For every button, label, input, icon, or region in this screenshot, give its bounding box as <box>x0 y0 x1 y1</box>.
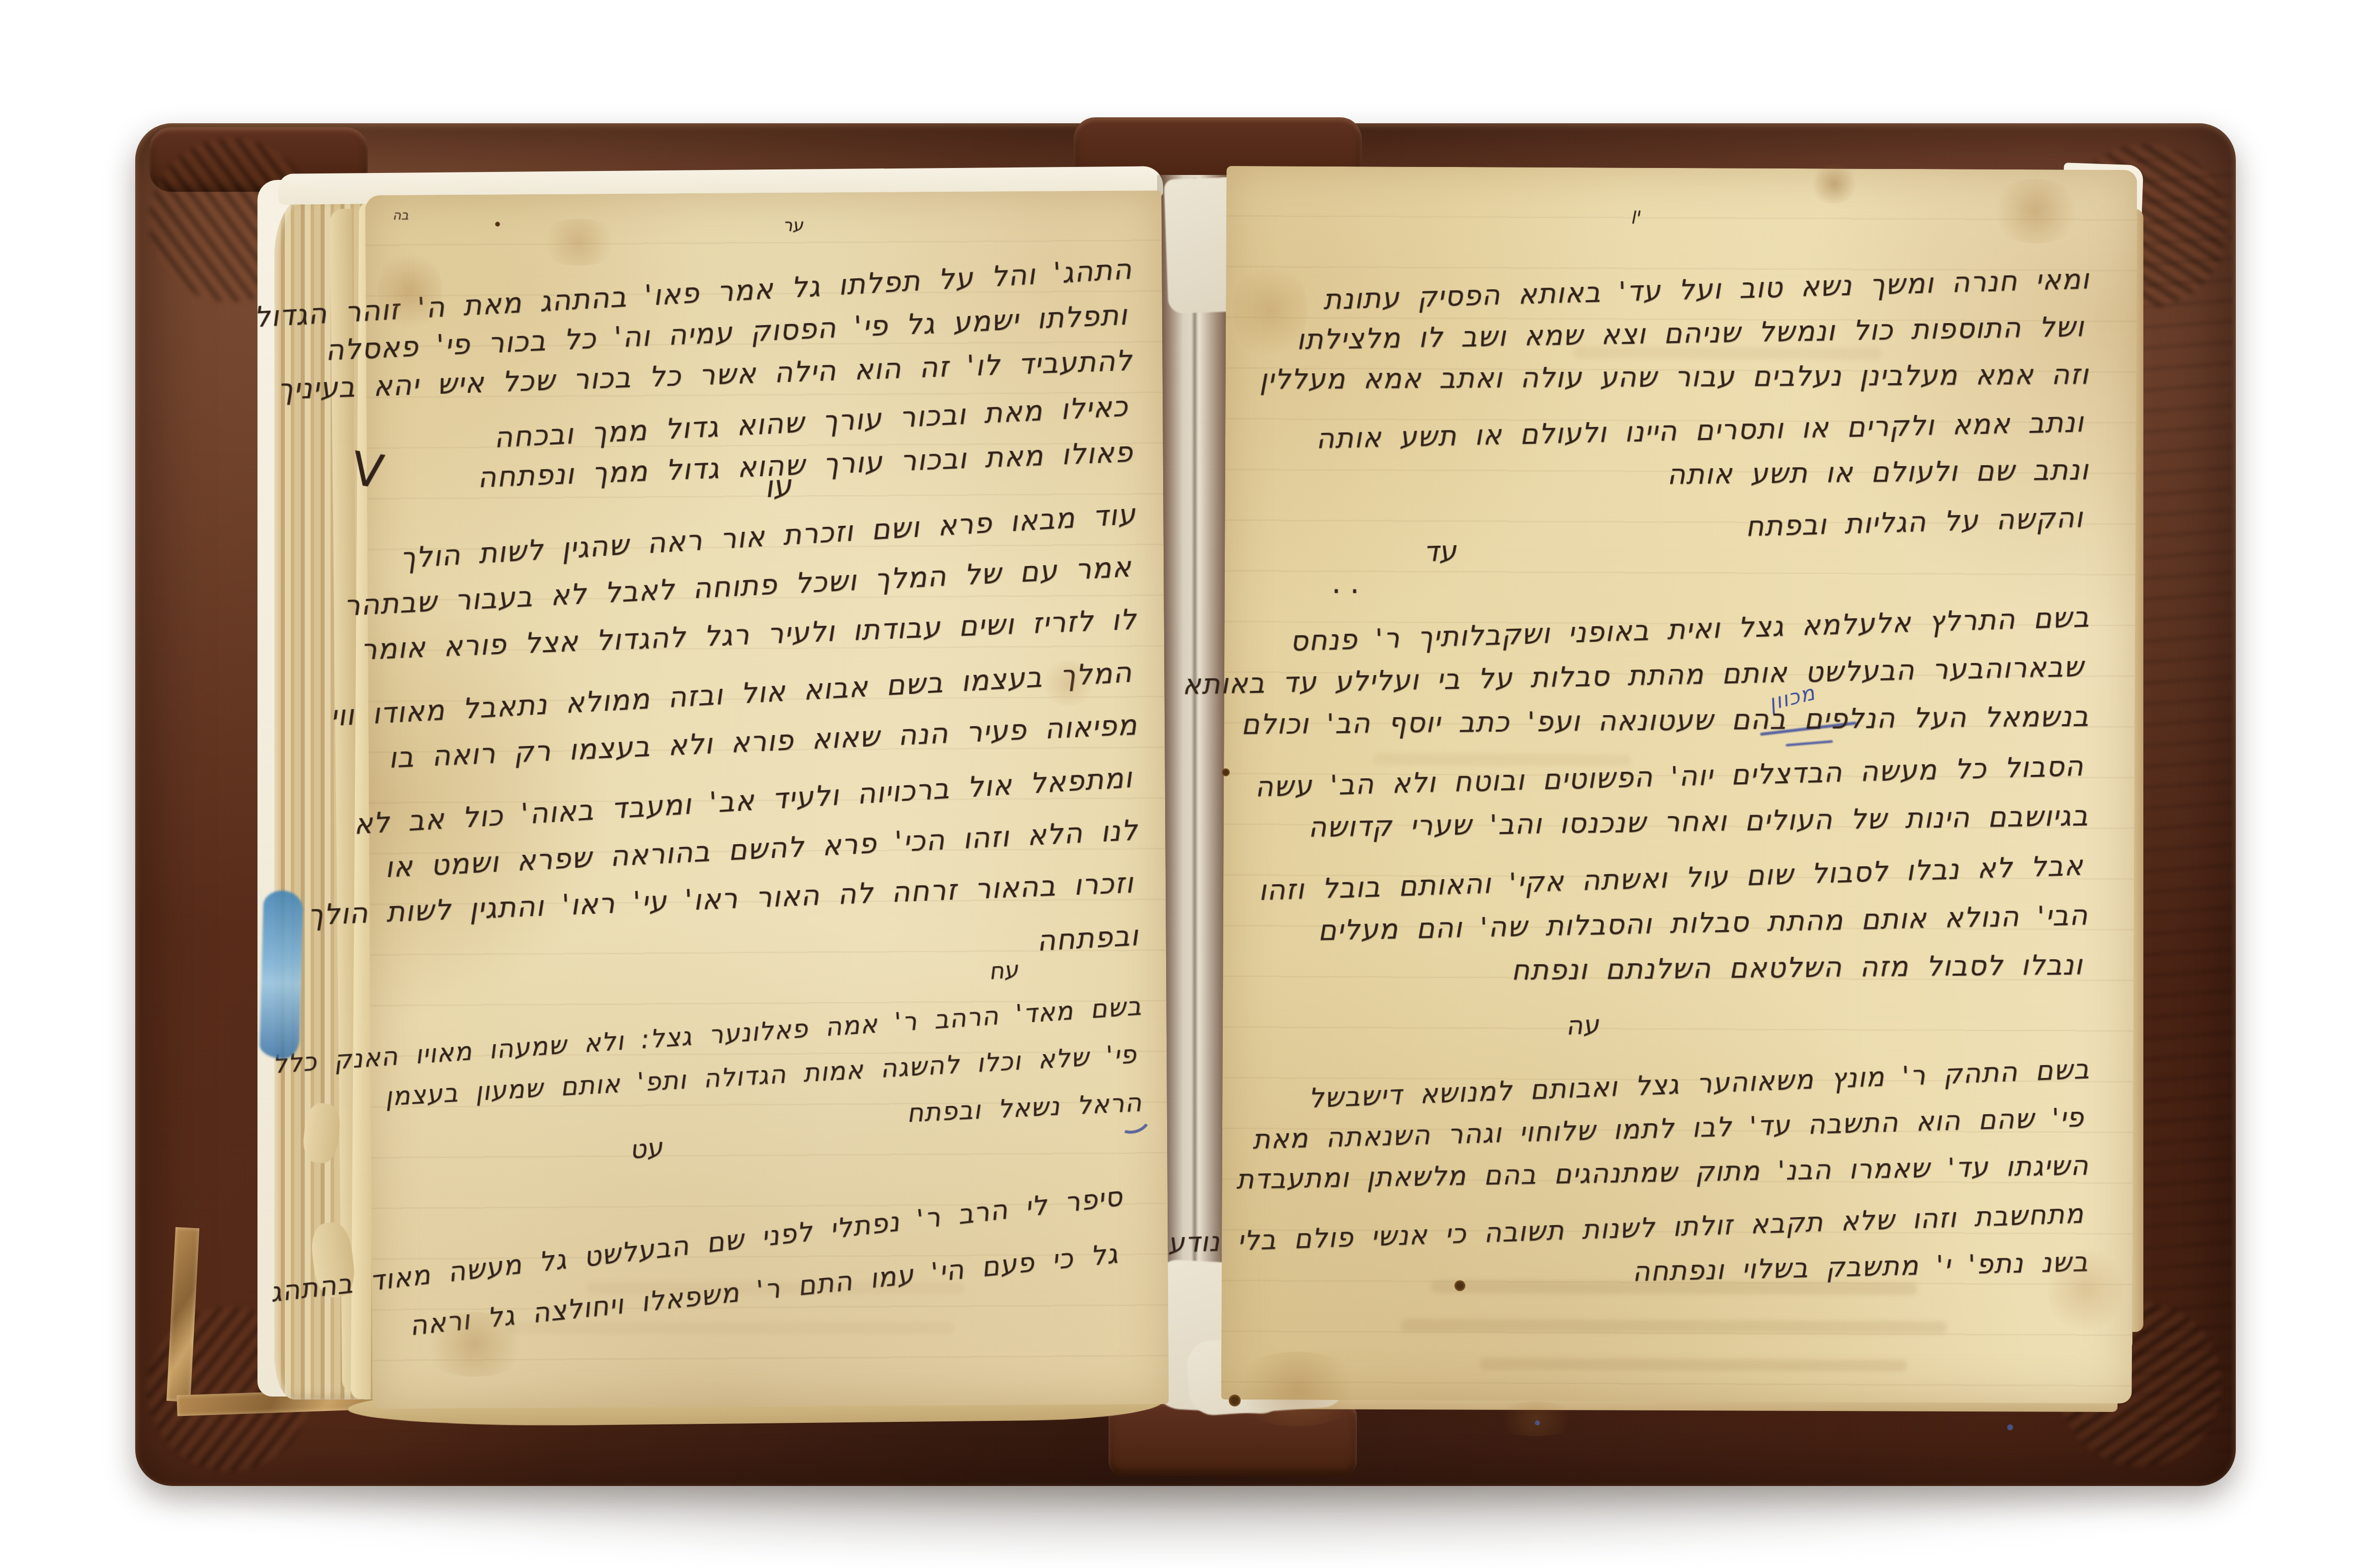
blue-speck <box>1535 1420 1540 1425</box>
bleedthrough-line <box>1400 1319 1947 1334</box>
manuscript-line: הבי' הנולא אותם מהתת סבלות והסבלות שה' ו… <box>1318 900 2089 947</box>
manuscript-line: ומאי חנרה ומשך נשא טוב ועל עד' באותא הפס… <box>1323 263 2090 317</box>
foxing-stain <box>1039 661 1099 706</box>
manuscript-line: ונתב שם ולעולם או תשע אותה <box>1667 454 2089 492</box>
manuscript-line: ונבלו לסבול מזה השלטאם השלנתם ונפתח <box>1511 949 2083 987</box>
left-section-divider-2: עח <box>988 956 1019 985</box>
right-section-divider-1: עד <box>1423 535 1457 569</box>
leather-crease-right-edge <box>2137 159 2232 1451</box>
foxing-stain <box>1988 179 2083 244</box>
blue-edge-paint-smear <box>259 890 304 1059</box>
right-section-divider-2: עה <box>1565 1010 1599 1041</box>
right-page-text-layer: ין עד ·· עה מכוון ומאי חנרה ומשך נשא טוב… <box>1221 166 2137 1403</box>
photograph-of-open-manuscript: בה ער V עו עח עט התהג' והל על תפלתו גל א… <box>0 0 2374 1568</box>
manuscript-line: ובפתחה <box>1036 919 1139 957</box>
manuscript-line: השיגתו עד' שאמרו הבנ' מתוק שמתנהגים בהם … <box>1236 1150 2089 1195</box>
right-page-top-section-mark: ין <box>1631 205 1640 225</box>
manuscript-line: ושל התוספות כול ונמשל שניהם וצא שמא ושב … <box>1296 311 2084 356</box>
bleedthrough-line <box>507 1322 954 1334</box>
wormhole <box>1222 768 1230 776</box>
foxing-stain <box>1809 164 1859 204</box>
ink-speck <box>495 222 500 227</box>
wormhole <box>1454 1280 1465 1291</box>
bleedthrough-line <box>1480 1358 1907 1372</box>
left-section-divider-3: עט <box>628 1133 664 1165</box>
wormhole <box>1229 1395 1241 1406</box>
manuscript-line: אבל לא נבלו לסבול שום עול ואשתה אקי' והא… <box>1258 850 2084 908</box>
manuscript-line: בנשמאל העל הנלפים בהם שעטונאה ועפ' כתב י… <box>1241 701 2089 741</box>
manuscript-line: בשם התרלץ אלעלמא גצל ואית באופני ושקבלות… <box>1289 601 2090 658</box>
manuscript-line: הראל נשאל ובפתח <box>906 1088 1143 1128</box>
manuscript-line: וזה אמא מעלבינן נעלבים עבור שהע עולה ואת… <box>1260 359 2089 396</box>
foxing-stain <box>2048 1242 2122 1337</box>
right-page-dots-mark: ·· <box>1332 574 1368 609</box>
right-page: ין עד ·· עה מכוון ומאי חנרה ומשך נשא טוב… <box>1221 166 2137 1403</box>
foxing-stain <box>1228 1352 1367 1426</box>
blue-annotation-underline-2 <box>1785 740 1833 746</box>
manuscript-line: בגיושבם הינות של העולים ואחר שנכנסו והב'… <box>1308 800 2089 844</box>
foxing-stain <box>1233 258 1307 363</box>
manuscript-line: והקשה על הגליות ובפתח <box>1745 502 2084 543</box>
foxing-stain <box>378 248 442 333</box>
foxing-stain <box>1491 1402 1581 1436</box>
manuscript-line: בשנ נתפ' י' מתשבק בשלוי ונפתחה <box>1632 1246 2089 1288</box>
left-page-text-layer: בה ער V עו עח עט התהג' והל על תפלתו גל א… <box>365 190 1169 1409</box>
left-page-top-section-mark: ער <box>783 216 803 236</box>
manuscript-line: שבארוהבער הבעלשט אותם מהתת סבלות על בי ו… <box>1182 651 2085 701</box>
foxing-stain <box>418 1312 532 1377</box>
foxing-stain <box>537 219 621 266</box>
left-page-corner-mark: בה <box>393 208 409 223</box>
manuscript-line: ונתב אמא ולקרים או ותסרים היינו ולעולם א… <box>1315 407 2084 456</box>
bleedthrough-line <box>587 1282 964 1294</box>
left-page: בה ער V עו עח עט התהג' והל על תפלתו גל א… <box>365 190 1169 1409</box>
gutter-fold-line <box>1193 179 1196 1387</box>
blue-speck <box>2007 1424 2013 1430</box>
